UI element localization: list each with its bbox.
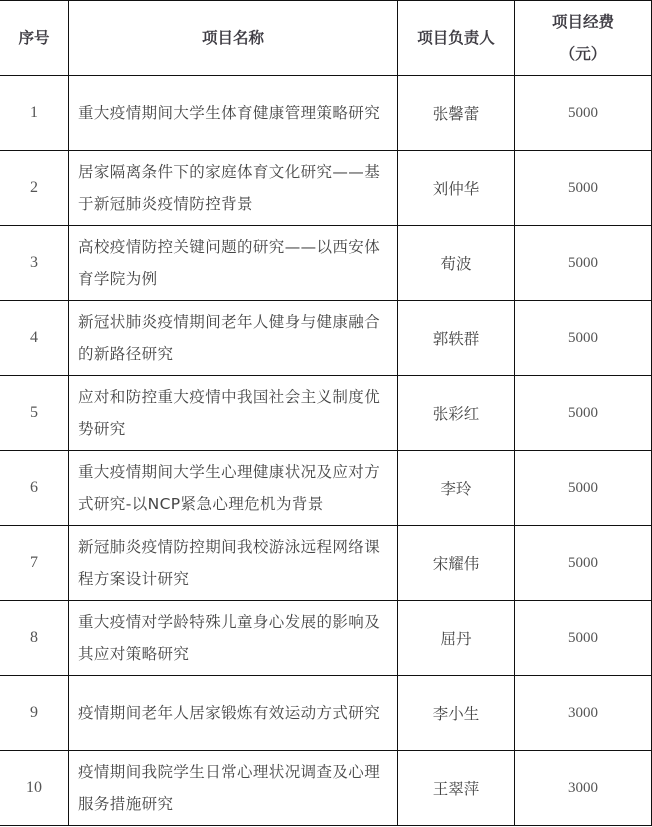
row-project-funding: 5000 (515, 526, 652, 601)
row-project-funding: 5000 (515, 301, 652, 376)
row-project-name: 疫情期间我院学生日常心理状况调查及心理服务措施研究 (69, 751, 398, 826)
table-row: 8 重大疫情对学龄特殊儿童身心发展的影响及其应对策略研究 屈丹 5000 (0, 601, 652, 676)
row-index: 2 (0, 151, 69, 226)
row-project-funding: 5000 (515, 151, 652, 226)
row-project-name: 应对和防控重大疫情中我国社会主义制度优势研究 (69, 376, 398, 451)
row-index: 9 (0, 676, 69, 751)
row-project-funding: 5000 (515, 226, 652, 301)
row-index: 1 (0, 76, 69, 151)
row-index: 6 (0, 451, 69, 526)
row-project-leader: 屈丹 (398, 601, 515, 676)
row-project-funding: 3000 (515, 676, 652, 751)
row-project-funding: 5000 (515, 76, 652, 151)
table-row: 1 重大疫情期间大学生体育健康管理策略研究 张馨蕾 5000 (0, 76, 652, 151)
project-funding-table: 序号 项目名称 项目负责人 项目经费 （元） 1 重大疫情期间大学生体育健康管理… (0, 0, 652, 826)
row-project-funding: 5000 (515, 376, 652, 451)
row-project-name: 重大疫情期间大学生心理健康状况及应对方式研究-以NCP紧急心理危机为背景 (69, 451, 398, 526)
row-project-funding: 3000 (515, 751, 652, 826)
table-row: 5 应对和防控重大疫情中我国社会主义制度优势研究 张彩红 5000 (0, 376, 652, 451)
row-project-name: 新冠状肺炎疫情期间老年人健身与健康融合的新路径研究 (69, 301, 398, 376)
row-project-leader: 王翠萍 (398, 751, 515, 826)
row-project-funding: 5000 (515, 601, 652, 676)
row-project-name: 新冠肺炎疫情防控期间我校游泳远程网络课程方案设计研究 (69, 526, 398, 601)
row-project-leader: 荀波 (398, 226, 515, 301)
row-index: 4 (0, 301, 69, 376)
table-row: 6 重大疫情期间大学生心理健康状况及应对方式研究-以NCP紧急心理危机为背景 李… (0, 451, 652, 526)
row-index: 5 (0, 376, 69, 451)
row-index: 3 (0, 226, 69, 301)
row-index: 10 (0, 751, 69, 826)
row-project-leader: 李小生 (398, 676, 515, 751)
table-row: 7 新冠肺炎疫情防控期间我校游泳远程网络课程方案设计研究 宋耀伟 5000 (0, 526, 652, 601)
table-row: 4 新冠状肺炎疫情期间老年人健身与健康融合的新路径研究 郭轶群 5000 (0, 301, 652, 376)
header-funding-unit: （元） (515, 38, 651, 70)
row-project-funding: 5000 (515, 451, 652, 526)
header-project-name: 项目名称 (69, 1, 398, 76)
table-row: 2 居家隔离条件下的家庭体育文化研究——基于新冠肺炎疫情防控背景 刘仲华 500… (0, 151, 652, 226)
row-project-leader: 李玲 (398, 451, 515, 526)
header-project-funding: 项目经费 （元） (515, 1, 652, 76)
table-header-row: 序号 项目名称 项目负责人 项目经费 （元） (0, 1, 652, 76)
row-project-leader: 宋耀伟 (398, 526, 515, 601)
row-project-leader: 郭轶群 (398, 301, 515, 376)
row-project-leader: 刘仲华 (398, 151, 515, 226)
row-project-name: 居家隔离条件下的家庭体育文化研究——基于新冠肺炎疫情防控背景 (69, 151, 398, 226)
row-project-name: 重大疫情期间大学生体育健康管理策略研究 (69, 76, 398, 151)
row-project-leader: 张彩红 (398, 376, 515, 451)
table-row: 9 疫情期间老年人居家锻炼有效运动方式研究 李小生 3000 (0, 676, 652, 751)
row-project-leader: 张馨蕾 (398, 76, 515, 151)
row-project-name: 疫情期间老年人居家锻炼有效运动方式研究 (69, 676, 398, 751)
header-funding-label: 项目经费 (515, 6, 651, 38)
row-index: 7 (0, 526, 69, 601)
table-row: 3 高校疫情防控关键问题的研究——以西安体育学院为例 荀波 5000 (0, 226, 652, 301)
row-project-name: 高校疫情防控关键问题的研究——以西安体育学院为例 (69, 226, 398, 301)
row-index: 8 (0, 601, 69, 676)
header-index: 序号 (0, 1, 69, 76)
header-project-leader: 项目负责人 (398, 1, 515, 76)
table-row: 10 疫情期间我院学生日常心理状况调查及心理服务措施研究 王翠萍 3000 (0, 751, 652, 826)
row-project-name: 重大疫情对学龄特殊儿童身心发展的影响及其应对策略研究 (69, 601, 398, 676)
